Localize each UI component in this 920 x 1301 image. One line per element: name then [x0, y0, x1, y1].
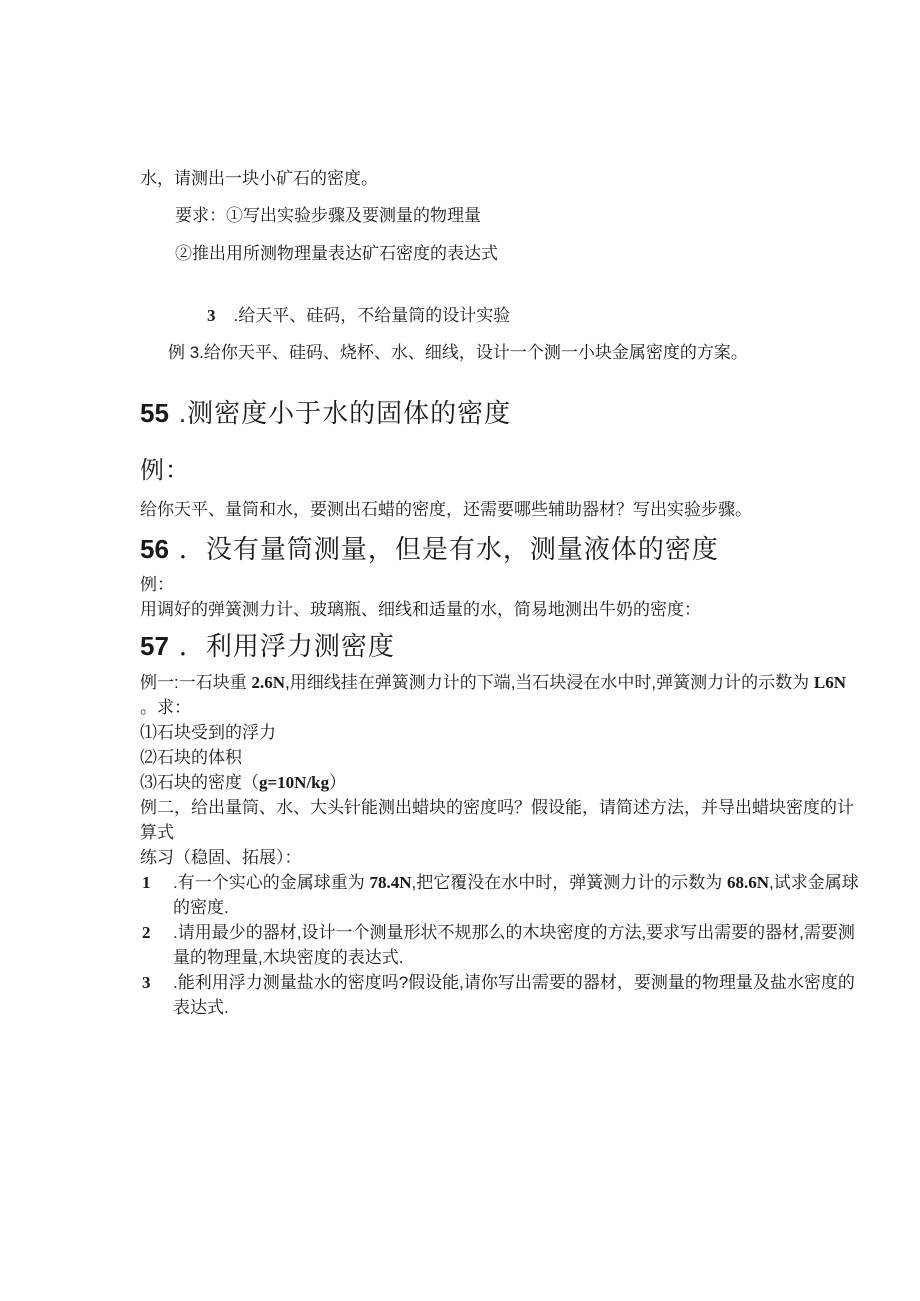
example-label-large: 例： — [140, 455, 860, 487]
requirement-line-1: 要求：①写出实验步骤及要测量的物理量 — [140, 203, 860, 228]
section-55-heading: 55.测密度小于水的固体的密度 — [140, 395, 860, 431]
practice-item-1-number: 1 — [142, 870, 151, 895]
document-page: 水，请测出一块小矿石的密度。 要求：①写出实验步骤及要测量的物理量 ②推出用所测… — [0, 0, 920, 1301]
section-56-heading: 56．没有量筒测量，但是有水，测量液体的密度 — [140, 531, 860, 567]
section-55-number: 55 — [140, 398, 169, 428]
section-3-title: .给天平、硅码，不给量筒的设计实验 — [234, 306, 511, 325]
example-2-text: 例二，给出量筒、水、大头针能测出蜡块的密度吗？假设能，请简述方法，并导出蜡块密度… — [140, 795, 860, 845]
section-3-heading: 3.给天平、硅码，不给量筒的设计实验 — [140, 303, 860, 328]
question-2: ⑵石块的体积 — [140, 745, 860, 770]
question-3: ⑶石块的密度（g=10N/kg） — [140, 770, 860, 795]
section-57-number: 57 — [140, 631, 169, 661]
practice-list: 1.有一个实心的金属球重为 78.4N,把它覆没在水中时，弹簧测力计的示数为 6… — [140, 870, 860, 1020]
example-1-text-mid: ,用细线挂在弹簧测力计的下端,当石块浸在水中时,弹簧测力计的示数为 — [285, 673, 814, 692]
example-1-weight-value: 2.6N — [251, 673, 285, 692]
section-55-title: .测密度小于水的固体的密度 — [179, 398, 511, 428]
practice-item-1-reading-value: 68.6N — [727, 873, 769, 892]
practice-item-3: 3.能利用浮力测量盐水的密度吗?假设能,请你写出需要的器材，要测量的物理量及盐水… — [140, 970, 860, 1020]
practice-item-1-weight-value: 78.4N — [369, 873, 411, 892]
section-3-number: 3 — [207, 306, 216, 325]
intro-line: 水，请测出一块小矿石的密度。 — [140, 166, 860, 191]
question-1: ⑴石块受到的浮力 — [140, 720, 860, 745]
practice-item-2-number: 2 — [142, 920, 151, 945]
practice-item-1: 1.有一个实心的金属球重为 78.4N,把它覆没在水中时，弹簧测力计的示数为 6… — [140, 870, 860, 920]
practice-item-3-number: 3 — [142, 970, 151, 995]
example-1-reading-value: L6N — [814, 673, 846, 692]
section-57-title: ．利用浮力测密度 — [179, 631, 395, 661]
practice-item-2: 2.请用最少的器材,设计一个测量形状不规那么的木块密度的方法,要求写出需要的器材… — [140, 920, 860, 970]
example-label-small: 例： — [140, 572, 860, 597]
requirement-line-2: ②推出用所测物理量表达矿石密度的表达式 — [140, 241, 860, 266]
example-56-text: 用调好的弹簧测力计、玻璃瓶、细线和适量的水，简易地测出牛奶的密度： — [140, 597, 860, 622]
section-57-heading: 57．利用浮力测密度 — [140, 628, 860, 664]
example-3-line: 例 3.给你天平、硅码、烧杯、水、细线，设计一个测一小块金属密度的方案。 — [140, 340, 860, 365]
example-1-text: 例一:一石块重 — [140, 673, 251, 692]
example-1-line: 例一:一石块重 2.6N,用细线挂在弹簧测力计的下端,当石块浸在水中时,弹簧测力… — [140, 670, 860, 695]
solve-line: 。求： — [140, 695, 860, 720]
practice-item-1-text: .有一个实心的金属球重为 — [173, 873, 369, 892]
practice-item-2-text: .请用最少的器材,设计一个测量形状不规那么的木块密度的方法,要求写出需要的器材,… — [173, 923, 855, 967]
practice-item-3-text: .能利用浮力测量盐水的密度吗?假设能,请你写出需要的器材，要测量的物理量及盐水密… — [173, 973, 855, 1017]
example-55-text: 给你天平、量筒和水，要测出石蜡的密度，还需要哪些辅助器材？写出实验步骤。 — [140, 497, 860, 522]
practice-item-1-text-mid: ,把它覆没在水中时，弹簧测力计的示数为 — [411, 873, 726, 892]
question-3-text: ⑶石块的密度（ — [140, 773, 259, 792]
section-56-number: 56 — [140, 534, 169, 564]
gravity-constant-value: g=10N/kg — [259, 773, 329, 792]
practice-label: 练习（稳固、拓展）： — [140, 845, 860, 870]
question-3-close: ） — [329, 773, 346, 792]
section-56-title: ．没有量筒测量，但是有水，测量液体的密度 — [179, 534, 719, 564]
